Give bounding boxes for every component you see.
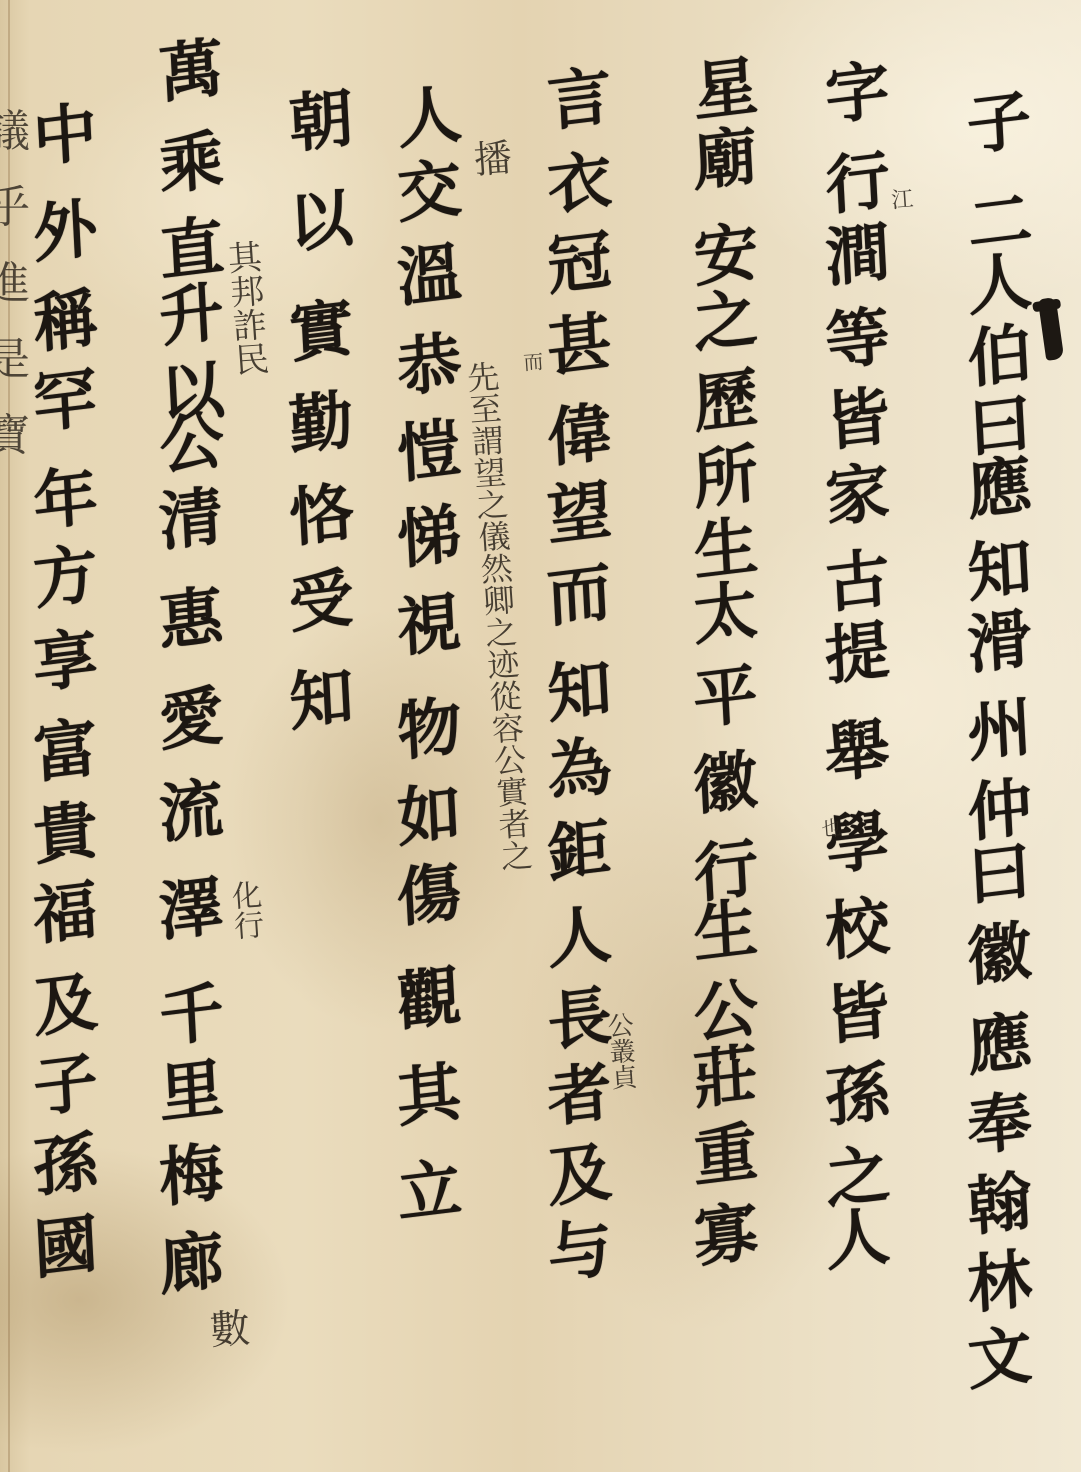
char: 乘 — [158, 128, 226, 221]
char: 外 — [32, 196, 101, 293]
char: 而 — [546, 560, 615, 663]
char: 与 — [546, 1216, 613, 1284]
char: 國 — [32, 1212, 100, 1289]
char: 流 — [157, 776, 226, 881]
text-column-1: 子 二 人 伯 曰 應 知 滑 州 仲 曰 徽 應 奉 翰 林 文 — [968, 92, 1032, 1397]
text-column-7: 萬 乘 直 升 以 公 清 惠 愛 流 澤 千 里 梅 廊 — [160, 40, 224, 1312]
char: 萬 — [158, 36, 227, 135]
char: 徽 — [692, 748, 761, 843]
char: 字 — [824, 58, 893, 155]
char: 甚 — [546, 310, 615, 407]
annotation-shu: 數 — [210, 1310, 250, 1350]
char: 實 — [288, 296, 357, 395]
char: 受 — [287, 566, 356, 671]
annotation-text: 化行 — [215, 878, 273, 942]
char: 平 — [692, 662, 760, 755]
text-column-3: 星 廟 安 之 歷 所 生 太 平 徽 行 生 公 莊 重 寡 — [694, 58, 758, 1274]
char: 福 — [32, 878, 101, 977]
char: 徽 — [966, 919, 1035, 1016]
annotation-text: 其邦詐民 — [214, 238, 274, 377]
char: 文 — [966, 1323, 1034, 1400]
annotation-char: 播 — [473, 139, 514, 182]
char: 愷 — [396, 416, 464, 509]
annotation-gong-cong-zhen: 公叢貞 — [600, 1012, 640, 1090]
char: 以 — [287, 186, 357, 303]
annotation-qi-bang: 其邦詐民 — [224, 240, 264, 376]
text-column-6: 朝 以 忠 實 勤 恪 受 知 — [290, 90, 354, 748]
text-column-5: 人 交 溫 恭 愷 悌 視 物 如 傷 觀 其 立 — [398, 86, 462, 1230]
annotation-char: 也 — [821, 817, 844, 858]
annotation-hua-xing: 化行 — [226, 880, 262, 940]
char: 議 — [0, 110, 30, 186]
annotation-char: 數 — [209, 1309, 252, 1352]
char: 享 — [32, 626, 101, 723]
char: 物 — [396, 694, 464, 787]
char: 悌 — [396, 502, 465, 597]
char: 家 — [824, 460, 892, 553]
char: 惠 — [157, 584, 226, 691]
annotation-er: 而 — [524, 352, 544, 392]
char: 是 — [0, 338, 30, 414]
char: 朝 — [287, 86, 356, 193]
char: 勤 — [288, 388, 357, 487]
char: 梅 — [158, 1140, 227, 1235]
annotation-char: 而 — [523, 351, 546, 392]
char: 乎 — [0, 186, 30, 262]
char: 廟 — [692, 124, 761, 227]
char: 恪 — [288, 480, 356, 573]
char: 進 — [0, 262, 30, 338]
char: 廊 — [158, 1228, 226, 1315]
char: 愛 — [158, 684, 227, 783]
char: 知 — [288, 664, 356, 751]
char: 鉅 — [546, 816, 614, 909]
char: 立 — [396, 1156, 464, 1233]
text-column-4: 言 衣 冠 甚 偉 望 而 知 為 鉅 人 長 者 及 与 — [548, 68, 612, 1280]
char: 溫 — [396, 240, 465, 337]
text-column-2: 字 行 澗 等 皆 家 古 提 舉 學 校 皆 孫 之 人 — [826, 62, 890, 1278]
annotation-jiang: 江 — [892, 190, 914, 230]
char: 觀 — [396, 964, 465, 1067]
char: 舉 — [824, 716, 893, 815]
text-column-8: 中 外 稱 罕 年 方 享 富 貴 福 及 子 孫 國 — [34, 104, 98, 1286]
char: 視 — [395, 590, 464, 701]
char: 寶 — [0, 414, 30, 490]
char: 寡 — [692, 1200, 760, 1277]
char: 罕 — [31, 366, 100, 471]
cropped-edge-column: 議 乎 進 是 寶 — [0, 110, 30, 490]
char: 子 — [965, 88, 1034, 194]
char: 中 — [32, 100, 101, 203]
char: 其 — [396, 1060, 465, 1163]
char: 恭 — [396, 330, 464, 423]
annotation-ye: 也 — [822, 818, 842, 858]
char: 滑 — [966, 607, 1035, 702]
annotation-text: 公叢貞 — [604, 1011, 635, 1091]
char: 人 — [824, 1204, 892, 1281]
annotation-xian-zhi: 先至謂望之儀然卿之迹從容公實者之 — [480, 360, 516, 872]
annotation-char: 江 — [891, 189, 916, 230]
char: 提 — [823, 618, 892, 723]
char: 清 — [157, 484, 226, 591]
annotation-bo: 播 — [474, 140, 512, 180]
char: 傷 — [395, 860, 464, 971]
